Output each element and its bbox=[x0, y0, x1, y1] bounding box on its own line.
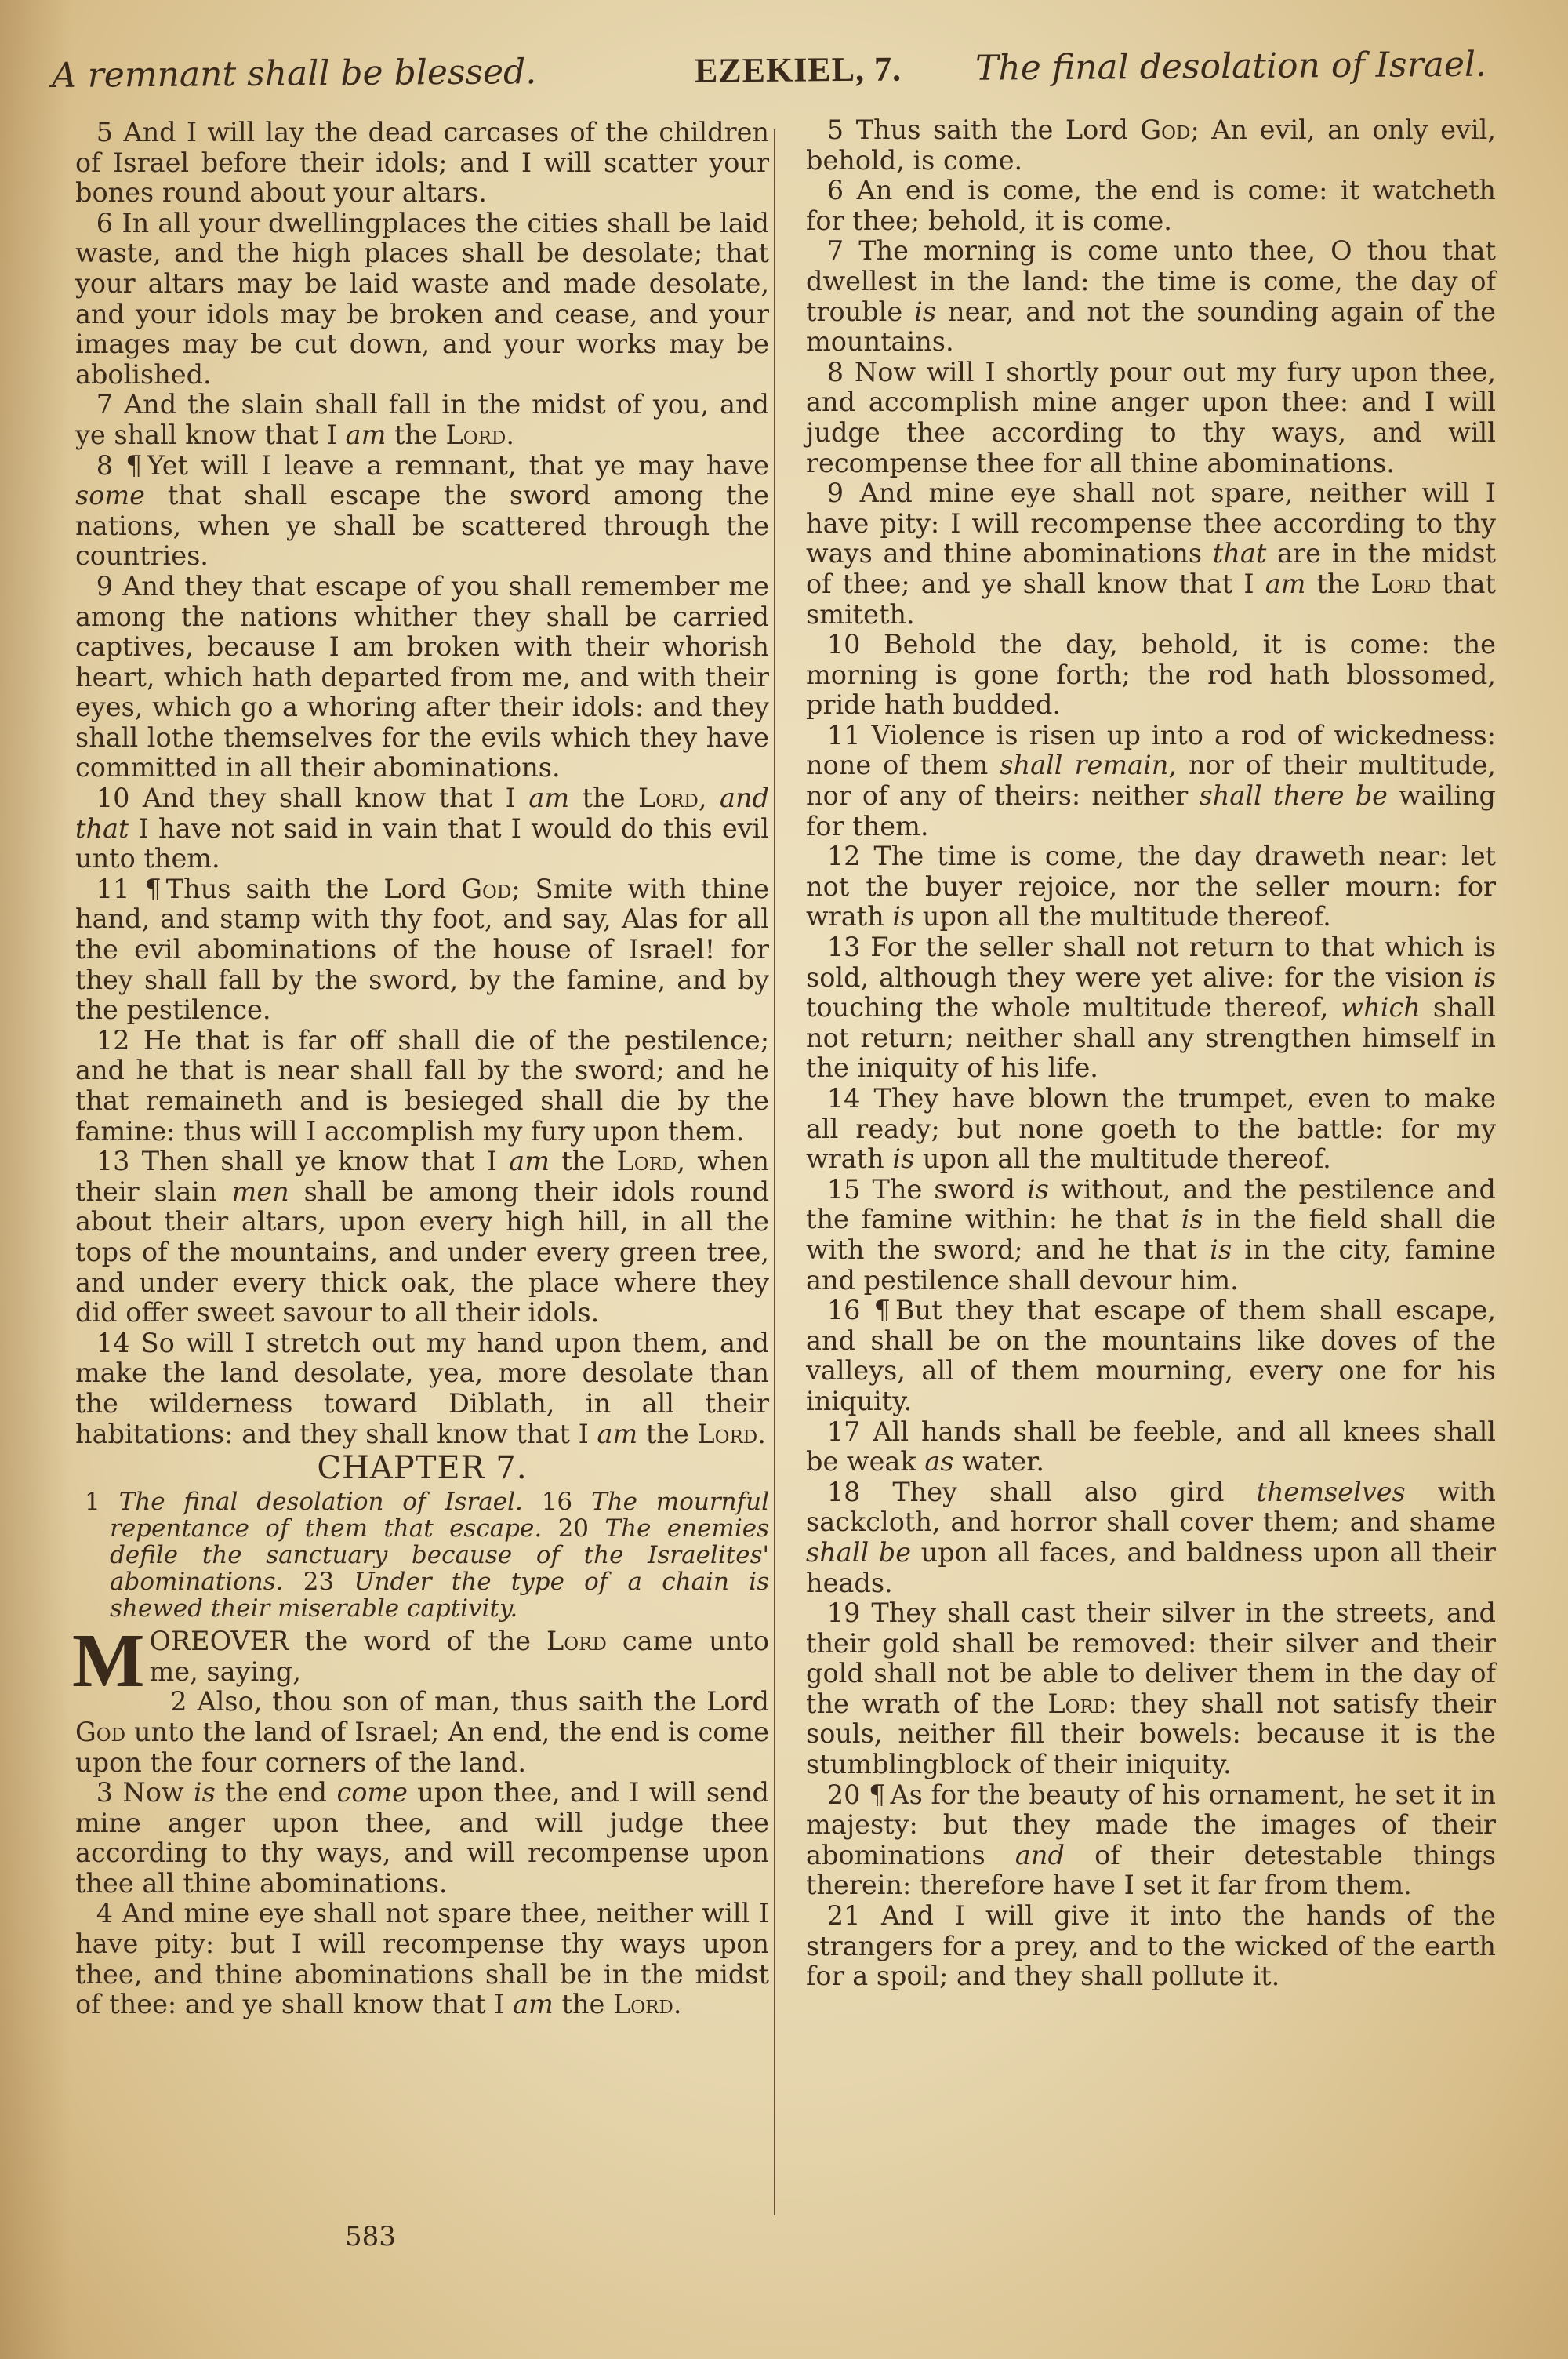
verse-text: upon all the multitude thereof. bbox=[914, 901, 1331, 932]
verse-number: 8 bbox=[827, 357, 855, 387]
chapter-6-verses: 5 And I will lay the dead carcases of th… bbox=[75, 118, 769, 1449]
verse: 9 And mine eye shall not spare, neither … bbox=[806, 478, 1496, 630]
verse-number: 13 bbox=[827, 932, 871, 962]
italic-supplied-word: shall there be bbox=[1200, 780, 1388, 811]
verse-number: 19 bbox=[827, 1598, 872, 1628]
verse-text: the end bbox=[216, 1777, 337, 1808]
pilcrow-icon: ¶ bbox=[144, 874, 161, 904]
verse: 3 Now is the end come upon thee, and I w… bbox=[75, 1778, 769, 1899]
italic-supplied-word: am bbox=[597, 1419, 637, 1449]
verse: 21 And I will give it into the hands of … bbox=[806, 1901, 1496, 1992]
italic-supplied-word: am bbox=[513, 1989, 554, 2019]
verse: 6 An end is come, the end is come: it wa… bbox=[806, 176, 1496, 236]
small-caps-divine-name: God bbox=[1140, 114, 1190, 145]
verse-text: the bbox=[554, 1989, 613, 2019]
pilcrow-icon: ¶ bbox=[125, 450, 142, 481]
verse: 18 They shall also gird themselves with … bbox=[806, 1478, 1496, 1598]
verse-text: An end is come, the end is come: it watc… bbox=[806, 175, 1496, 236]
italic-supplied-word: as bbox=[924, 1446, 953, 1477]
opening-word: OREOVER bbox=[150, 1626, 289, 1656]
verse-number: 5 bbox=[96, 117, 124, 147]
verse-number: 17 bbox=[827, 1416, 873, 1447]
verse: 13 Then shall ye know that I am the Lord… bbox=[75, 1147, 769, 1329]
verse: 9 And they that escape of you shall reme… bbox=[75, 572, 769, 783]
italic-supplied-word: is bbox=[1181, 1204, 1203, 1234]
verse-number: 6 bbox=[96, 208, 122, 238]
verse-text: Then shall ye know that I bbox=[142, 1146, 510, 1176]
small-caps-divine-name: Lord bbox=[1047, 1688, 1108, 1719]
verse: 8 Now will I shortly pour out my fury up… bbox=[806, 358, 1496, 478]
italic-supplied-word: some bbox=[75, 480, 145, 511]
verse-text: . bbox=[673, 1989, 682, 2019]
verse-text: upon all the multitude thereof. bbox=[914, 1143, 1331, 1174]
verse: 10 Behold the day, behold, it is come: t… bbox=[806, 630, 1496, 721]
verse-number: 8 bbox=[96, 450, 125, 481]
verse: 2 Also, thou son of man, thus saith the … bbox=[75, 1687, 769, 1778]
italic-supplied-word: come bbox=[336, 1777, 408, 1808]
verse: 15 The sword is without, and the pestile… bbox=[806, 1175, 1496, 1296]
pilcrow-icon: ¶ bbox=[874, 1295, 891, 1325]
verse-number: 16 bbox=[827, 1295, 874, 1325]
verse-text: that shall escape the sword among the na… bbox=[75, 480, 769, 571]
verse-number: 12 bbox=[827, 841, 874, 871]
summary-verse-ref: 16 bbox=[523, 1488, 591, 1516]
italic-supplied-word: is bbox=[892, 1143, 914, 1174]
verse-text: Behold the day, behold, it is come: the … bbox=[806, 629, 1496, 720]
verse: 6 In all your dwellingplaces the cities … bbox=[75, 209, 769, 391]
verse: 14 So will I stretch out my hand upon th… bbox=[75, 1329, 769, 1449]
verse-text: Also, thou son of man, thus saith the Lo… bbox=[197, 1686, 769, 1717]
italic-supplied-word: themselves bbox=[1256, 1477, 1405, 1507]
verse-text: Thus saith the Lord bbox=[856, 114, 1141, 145]
verse-text: Now bbox=[122, 1777, 193, 1808]
italic-supplied-word: is bbox=[1027, 1174, 1049, 1205]
verse: 12 The time is come, the day draweth nea… bbox=[806, 841, 1496, 932]
column-divider bbox=[774, 129, 775, 2215]
verse-text: Yet will I leave a remnant, that ye may … bbox=[147, 450, 769, 481]
verse-text: water. bbox=[954, 1446, 1045, 1477]
verse-text: the word of the bbox=[289, 1626, 546, 1656]
chapter-7-verses-left: 2 Also, thou son of man, thus saith the … bbox=[75, 1687, 769, 2020]
chapter-summary-text: 1 The final desolation of Israel. 16 The… bbox=[75, 1488, 769, 1622]
verse-text: Now will I shortly pour out my fury upon… bbox=[806, 357, 1496, 478]
verse: 11 Violence is risen up into a rod of wi… bbox=[806, 721, 1496, 841]
italic-supplied-word: am bbox=[509, 1146, 550, 1176]
verse-text: unto the land of Israel; An end, the end… bbox=[75, 1717, 769, 1778]
verse-text: And they shall know that I bbox=[143, 783, 528, 813]
italic-supplied-word: that bbox=[1213, 538, 1266, 569]
chapter-7-verses-right: 5 Thus saith the Lord God; An evil, an o… bbox=[806, 115, 1496, 1992]
verse-number: 10 bbox=[827, 629, 884, 660]
running-head-right: The final desolation of Israel. bbox=[975, 38, 1486, 96]
verse-number: 20 bbox=[827, 1779, 869, 1810]
verse-text: I have not said in vain that I would do … bbox=[75, 813, 769, 874]
summary-item: The final desolation of Israel. bbox=[119, 1488, 523, 1516]
summary-verse-ref: 1 bbox=[85, 1488, 119, 1516]
left-column: 5 And I will lay the dead carcases of th… bbox=[75, 118, 769, 2020]
verse-number: 11 bbox=[827, 720, 872, 751]
verse-text: the bbox=[550, 1146, 616, 1176]
small-caps-divine-name: Lord bbox=[617, 1146, 677, 1176]
small-caps-divine-name: God bbox=[461, 874, 511, 904]
verse-number: 9 bbox=[96, 571, 122, 602]
chapter-opening-verse: MOREOVER the word of the Lord came unto … bbox=[75, 1627, 769, 1687]
running-head-left: A remnant shall be blessed. bbox=[52, 45, 537, 104]
verse-text: , bbox=[699, 783, 720, 813]
verse-number: 2 bbox=[170, 1686, 197, 1717]
chapter-heading: CHAPTER 7. bbox=[75, 1451, 769, 1485]
summary-verse-ref: 20 bbox=[542, 1514, 604, 1543]
verse: 13 For the seller shall not return to th… bbox=[806, 932, 1496, 1084]
page-number: 583 bbox=[345, 2221, 396, 2252]
italic-supplied-word: am bbox=[1265, 569, 1306, 599]
drop-cap: M bbox=[72, 1630, 145, 1692]
verse: 5 Thus saith the Lord God; An evil, an o… bbox=[806, 115, 1496, 176]
verse-text: . bbox=[506, 420, 514, 450]
verse-text: And I will give it into the hands of the… bbox=[806, 1900, 1496, 1991]
verse-text: Thus saith the Lord bbox=[166, 874, 461, 904]
verse: 14 They have blown the trumpet, even to … bbox=[806, 1084, 1496, 1175]
verse-number: 12 bbox=[96, 1025, 143, 1056]
italic-supplied-word: is bbox=[1474, 962, 1496, 993]
small-caps-divine-name: Lord bbox=[697, 1419, 757, 1449]
verse-number: 21 bbox=[827, 1900, 881, 1931]
italic-supplied-word: is bbox=[914, 296, 936, 327]
running-head: A remnant shall be blessed. EZEKIEL, 7. … bbox=[52, 38, 1486, 104]
verse: 7 The morning is come unto thee, O thou … bbox=[806, 236, 1496, 357]
verse-text: They shall also gird bbox=[892, 1477, 1256, 1507]
italic-supplied-word: and bbox=[1015, 1840, 1065, 1870]
verse: 5 And I will lay the dead carcases of th… bbox=[75, 118, 769, 209]
verse-text: the bbox=[386, 420, 445, 450]
verse-text: The sword bbox=[873, 1174, 1027, 1205]
verse-text: the bbox=[1305, 569, 1370, 599]
italic-supplied-word: am bbox=[346, 420, 387, 450]
verse-text: touching the whole multitude thereof, bbox=[806, 992, 1341, 1023]
verse-number: 15 bbox=[827, 1174, 873, 1205]
verse: 16 ¶But they that escape of them shall e… bbox=[806, 1296, 1496, 1416]
pilcrow-icon: ¶ bbox=[869, 1779, 885, 1810]
verse-number: 11 bbox=[96, 874, 145, 904]
verse: 4 And mine eye shall not spare thee, nei… bbox=[75, 1899, 769, 2019]
italic-supplied-word: is bbox=[194, 1777, 216, 1808]
verse-text: the bbox=[637, 1419, 697, 1449]
italic-supplied-word: which bbox=[1341, 992, 1420, 1023]
italic-supplied-word: is bbox=[892, 901, 914, 932]
verse-text: . bbox=[757, 1419, 766, 1449]
small-caps-divine-name: God bbox=[75, 1717, 125, 1747]
italic-supplied-word: am bbox=[528, 783, 569, 813]
verse-number: 18 bbox=[827, 1477, 893, 1507]
small-caps-divine-name: Lord bbox=[1371, 569, 1432, 599]
small-caps-divine-name: Lord bbox=[638, 783, 699, 813]
running-head-book-chapter: EZEKIEL, 7. bbox=[695, 42, 902, 98]
verse: 12 He that is far off shall die of the p… bbox=[75, 1026, 769, 1147]
verse-text: For the seller shall not return to that … bbox=[806, 932, 1496, 993]
verse-text: All hands shall be feeble, and all knees… bbox=[806, 1416, 1496, 1478]
verse: 10 And they shall know that I am the Lor… bbox=[75, 783, 769, 874]
verse-number: 9 bbox=[827, 478, 860, 508]
verse-number: 14 bbox=[827, 1083, 874, 1114]
verse: 19 They shall cast their silver in the s… bbox=[806, 1598, 1496, 1780]
verse: 8 ¶Yet will I leave a remnant, that ye m… bbox=[75, 451, 769, 572]
small-caps-divine-name: Lord bbox=[613, 1989, 673, 2019]
page-edge-shadow bbox=[0, 0, 71, 2359]
verse: 7 And the slain shall fall in the midst … bbox=[75, 390, 769, 450]
verse-number: 4 bbox=[96, 1898, 122, 1928]
verse-number: 7 bbox=[96, 389, 124, 420]
italic-supplied-word: men bbox=[232, 1176, 289, 1207]
verse-number: 6 bbox=[827, 175, 857, 205]
verse: 17 All hands shall be feeble, and all kn… bbox=[806, 1417, 1496, 1478]
italic-supplied-word: shall be bbox=[806, 1537, 911, 1568]
verse-number: 3 bbox=[96, 1777, 123, 1808]
verse-text: In all your dwellingplaces the cities sh… bbox=[75, 208, 769, 390]
verse-number: 14 bbox=[96, 1328, 141, 1358]
chapter-summary: 1 The final desolation of Israel. 16 The… bbox=[75, 1488, 769, 1622]
verse-text: And they that escape of you shall rememb… bbox=[75, 571, 769, 783]
verse-number: 7 bbox=[827, 235, 858, 266]
small-caps-divine-name: Lord bbox=[446, 420, 506, 450]
italic-supplied-word: shall remain bbox=[1000, 750, 1168, 780]
verse-text: He that is far off shall die of the pest… bbox=[75, 1025, 769, 1147]
verse-text: And I will lay the dead carcases of the … bbox=[75, 117, 769, 208]
right-column: 5 Thus saith the Lord God; An evil, an o… bbox=[806, 115, 1496, 1992]
summary-verse-ref: 23 bbox=[284, 1568, 354, 1596]
verse-text: the bbox=[569, 783, 638, 813]
verse: 20 ¶As for the beauty of his ornament, h… bbox=[806, 1780, 1496, 1901]
small-caps-divine-name: Lord bbox=[546, 1626, 607, 1656]
verse-number: 13 bbox=[96, 1146, 142, 1176]
verse-number: 10 bbox=[96, 783, 143, 813]
verse: 11 ¶Thus saith the Lord God; Smite with … bbox=[75, 874, 769, 1026]
italic-supplied-word: is bbox=[1210, 1234, 1232, 1265]
verse-number: 5 bbox=[827, 114, 856, 145]
verse-text: But they that escape of them shall escap… bbox=[806, 1295, 1496, 1416]
